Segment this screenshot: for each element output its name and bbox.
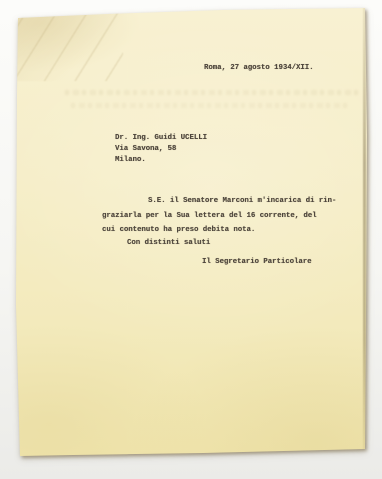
signature-line: Il Segretario Particolare [202,258,311,267]
body-line-1: S.E. il Senatore Marconi m'incarica di r… [148,197,336,206]
paper-edge-shadow [363,7,366,451]
ink-showthrough-line [71,103,351,108]
paper-crease-top-left [13,11,123,81]
dateline: Roma, 27 agosto 1934/XII. [204,64,313,73]
recipient-name: Dr. Ing. Guidi UCELLI [115,134,207,143]
recipient-street: Via Savona, 58 [115,145,176,154]
scanned-letter-page: { "letter": { "dateline": "Roma, 27 agos… [0,0,382,479]
recipient-city: Milano. [115,156,146,165]
body-line-3: cui contenuto ha preso debita nota. [102,226,255,235]
body-line-2: graziarla per la Sua lettera del 16 corr… [102,212,317,221]
letter-paper-wrapper: Roma, 27 agosto 1934/XII. Dr. Ing. Guidi… [13,5,370,460]
letter-paper: Roma, 27 agosto 1934/XII. Dr. Ing. Guidi… [13,5,370,460]
ink-showthrough-line [65,90,358,95]
closing: Con distinti saluti [127,239,210,248]
